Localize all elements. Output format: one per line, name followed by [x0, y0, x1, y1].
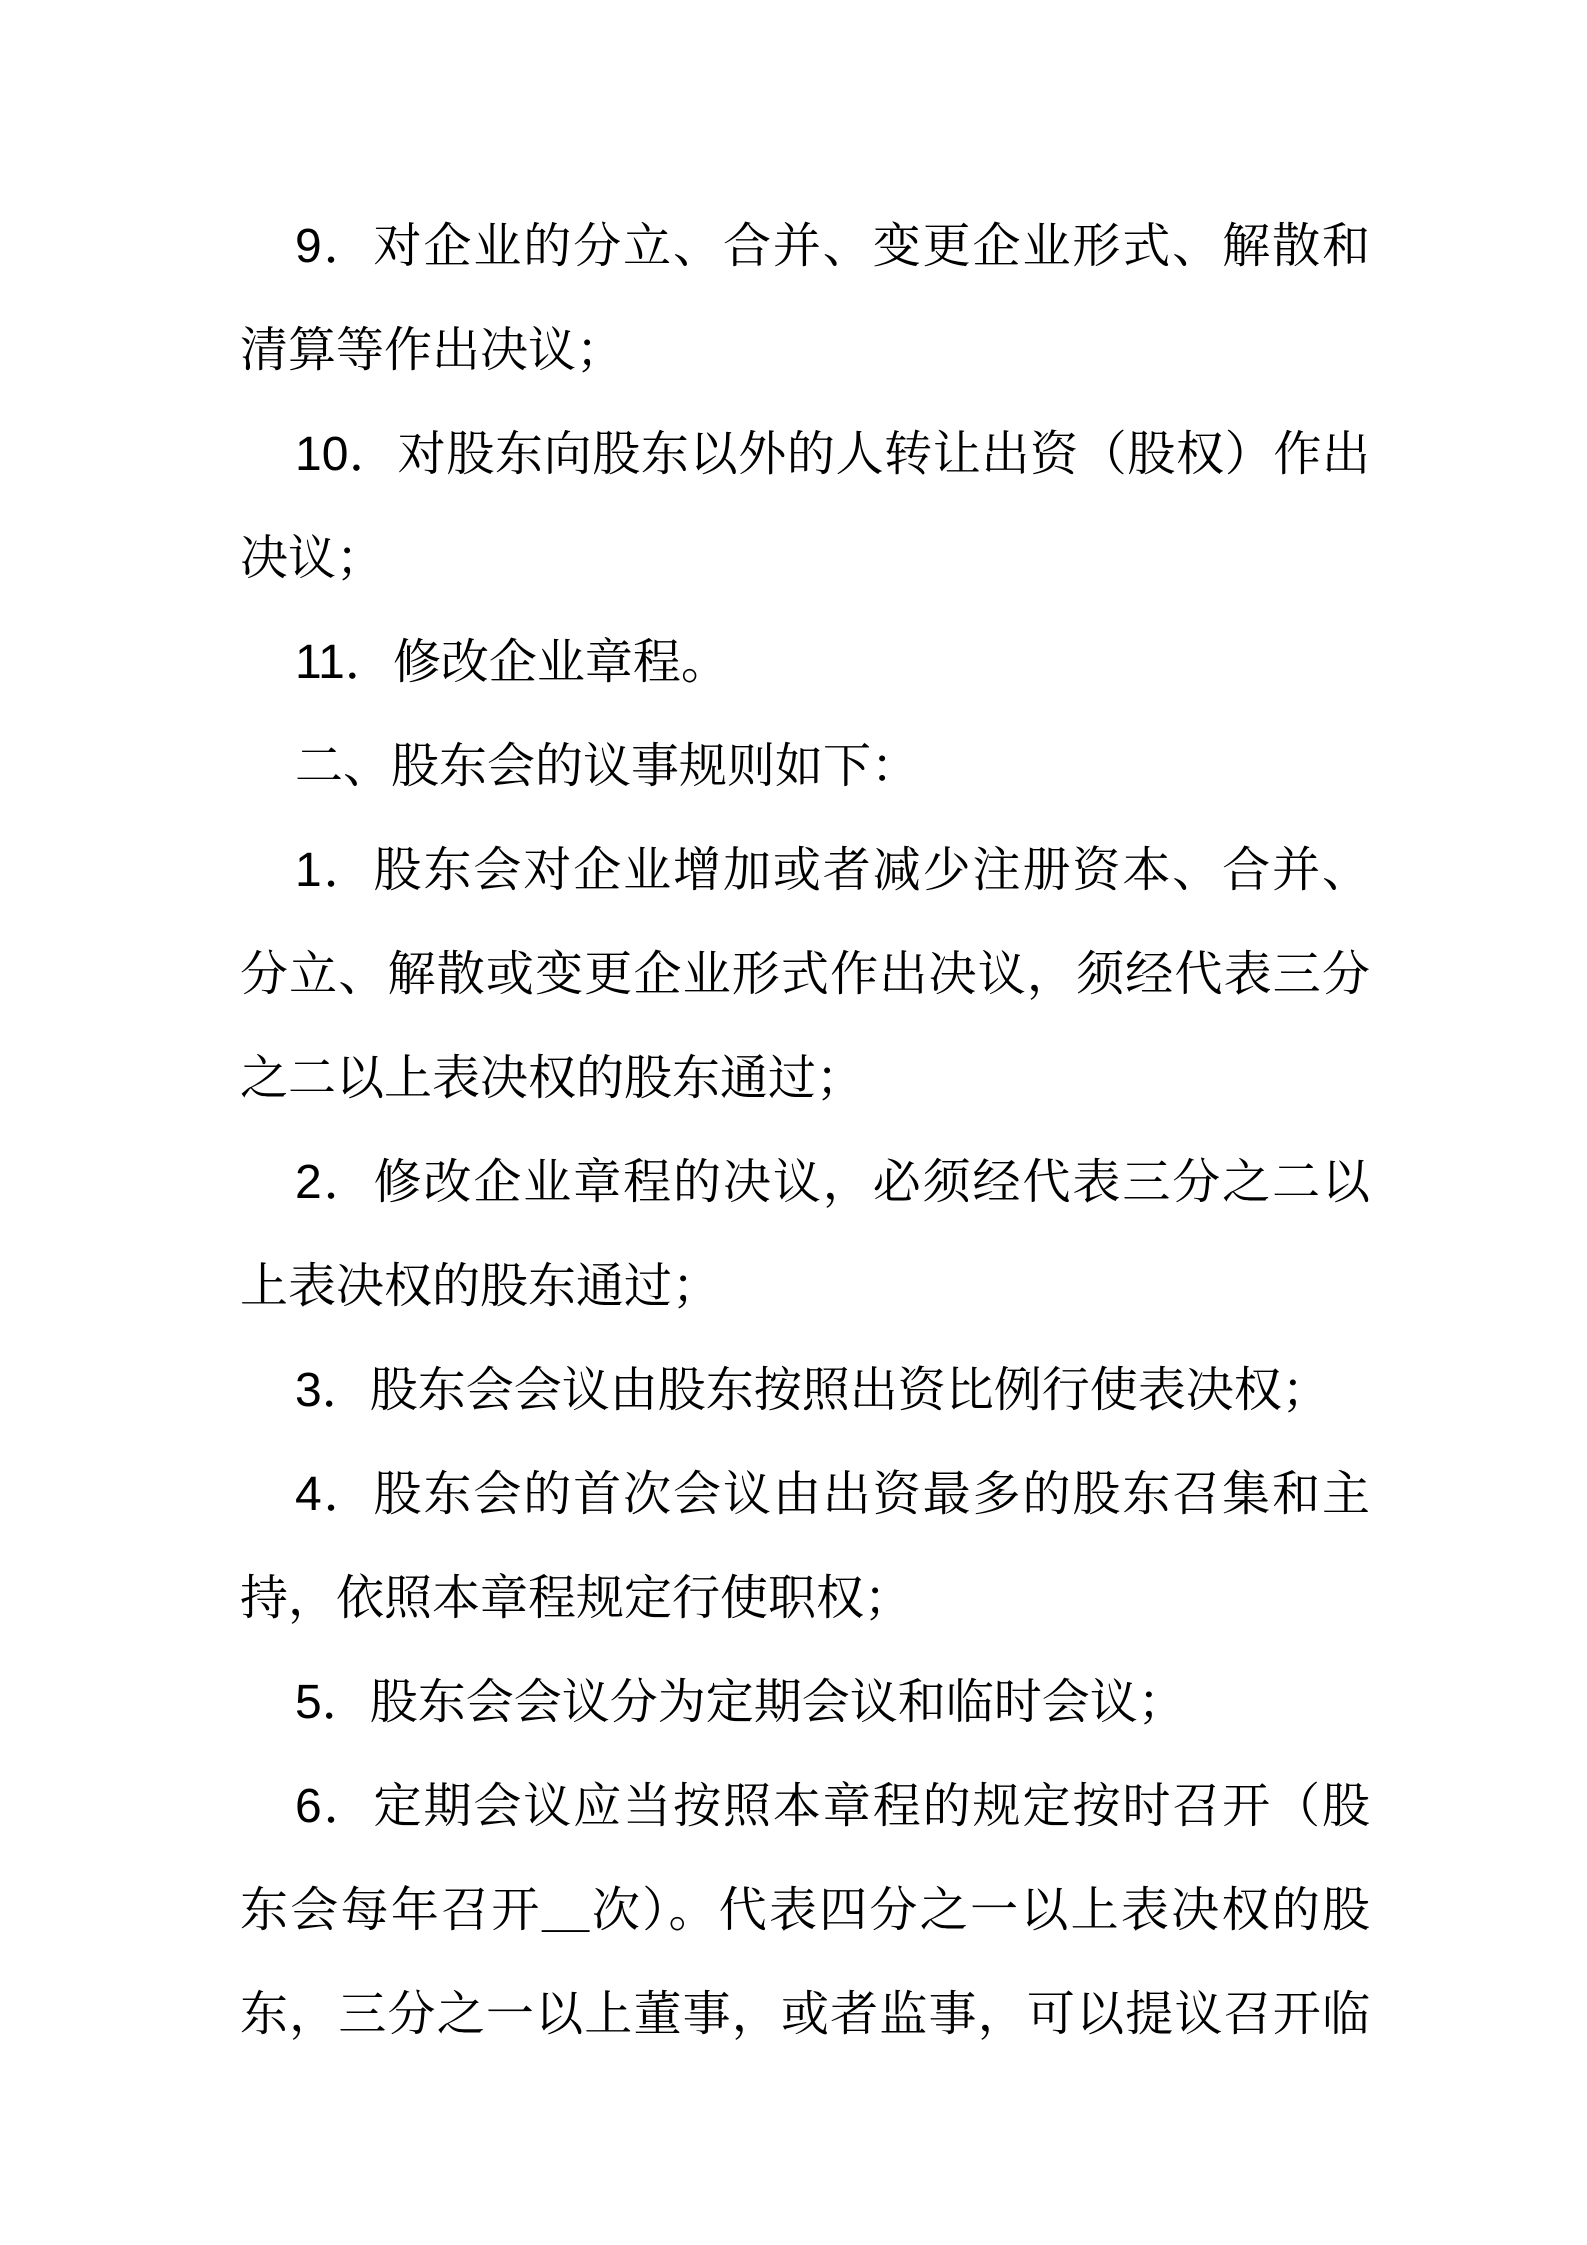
text-line: 东会每年召开＿次）。代表四分之一以上表决权的股 [240, 1859, 1370, 1963]
text-line: 上表决权的股东通过； [240, 1235, 1370, 1339]
text-line: 6．定期会议应当按照本章程的规定按时召开（股 [240, 1755, 1370, 1859]
text-line: 10．对股东向股东以外的人转让出资（股权）作出 [240, 403, 1370, 507]
text-line: 1．股东会对企业增加或者减少注册资本、合并、 [240, 819, 1370, 923]
text-line: 决议； [240, 507, 1370, 611]
text-line: 3．股东会会议由股东按照出资比例行使表决权； [240, 1339, 1370, 1443]
document-page: 9．对企业的分立、合并、变更企业形式、解散和 清算等作出决议； 10．对股东向股… [0, 0, 1587, 2245]
text-line: 之二以上表决权的股东通过； [240, 1027, 1370, 1131]
text-line: 11．修改企业章程。 [240, 611, 1370, 715]
text-line: 二、股东会的议事规则如下： [240, 715, 1370, 819]
text-line: 持，依照本章程规定行使职权； [240, 1547, 1370, 1651]
text-line: 4．股东会的首次会议由出资最多的股东召集和主 [240, 1443, 1370, 1547]
text-line: 东，三分之一以上董事，或者监事，可以提议召开临 [240, 1963, 1370, 2067]
text-line: 2．修改企业章程的决议，必须经代表三分之二以 [240, 1131, 1370, 1235]
text-line: 分立、解散或变更企业形式作出决议，须经代表三分 [240, 923, 1370, 1027]
text-line: 9．对企业的分立、合并、变更企业形式、解散和 [240, 195, 1370, 299]
text-line: 5．股东会会议分为定期会议和临时会议； [240, 1651, 1370, 1755]
text-line: 清算等作出决议； [240, 299, 1370, 403]
